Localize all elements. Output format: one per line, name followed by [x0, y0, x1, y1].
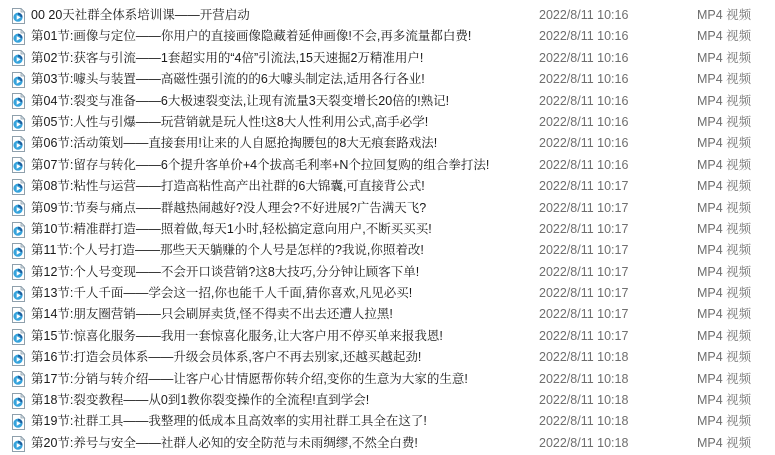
video-file-icon	[10, 350, 26, 366]
file-type: MP4 视频	[697, 411, 775, 432]
file-name[interactable]: 第05节:人性与引爆——玩营销就是玩人性!这8大人性利用公式,高手必学!	[31, 112, 539, 133]
file-row[interactable]: 第18节:裂变教程——从0到1教你裂变操作的全流程!直到学会! 2022/8/1…	[0, 390, 775, 411]
file-row[interactable]: 第09节:节奏与痛点——群越热闹越好?没人理会?不好进展?广告满天飞? 2022…	[0, 198, 775, 219]
video-file-icon	[10, 200, 26, 216]
file-name[interactable]: 第09节:节奏与痛点——群越热闹越好?没人理会?不好进展?广告满天飞?	[31, 198, 539, 219]
file-row[interactable]: 第01节:画像与定位——你用户的直接画像隐藏着延伸画像!不会,再多流量都白费! …	[0, 26, 775, 47]
video-file-icon	[10, 72, 26, 88]
file-date-modified: 2022/8/11 10:16	[539, 133, 697, 154]
file-date-modified: 2022/8/11 10:18	[539, 411, 697, 432]
file-date-modified: 2022/8/11 10:18	[539, 369, 697, 390]
video-file-icon	[10, 222, 26, 238]
file-type: MP4 视频	[697, 219, 775, 240]
file-type: MP4 视频	[697, 326, 775, 347]
video-file-icon	[10, 157, 26, 173]
file-name[interactable]: 第16节:打造会员体系——升级会员体系,客户不再去别家,还越买越起劲!	[31, 347, 539, 368]
file-row[interactable]: 第02节:获客与引流——1套超实用的“4倍”引流法,15天速掘2万精准用户! 2…	[0, 48, 775, 69]
file-type: MP4 视频	[697, 176, 775, 197]
file-row[interactable]: 00 20天社群全体系培训课——开营启动 2022/8/11 10:16 MP4…	[0, 5, 775, 26]
video-file-icon	[10, 264, 26, 280]
video-file-icon	[10, 393, 26, 409]
file-name[interactable]: 第15节:惊喜化服务——我用一套惊喜化服务,让大客户用不停买单来报我恩!	[31, 326, 539, 347]
video-file-icon	[10, 329, 26, 345]
file-type: MP4 视频	[697, 69, 775, 90]
file-name[interactable]: 第12节:个人号变现——不会开口谈营销?这8大技巧,分分钟让顾客下单!	[31, 262, 539, 283]
file-date-modified: 2022/8/11 10:18	[539, 347, 697, 368]
file-type: MP4 视频	[697, 133, 775, 154]
video-file-icon	[10, 371, 26, 387]
file-row[interactable]: 第17节:分销与转介绍——让客户心甘情愿帮你转介绍,变你的生意为大家的生意! 2…	[0, 369, 775, 390]
file-name[interactable]: 第01节:画像与定位——你用户的直接画像隐藏着延伸画像!不会,再多流量都白费!	[31, 26, 539, 47]
file-type: MP4 视频	[697, 48, 775, 69]
file-type: MP4 视频	[697, 5, 775, 26]
file-date-modified: 2022/8/11 10:17	[539, 262, 697, 283]
file-list: 00 20天社群全体系培训课——开营启动 2022/8/11 10:16 MP4…	[0, 0, 775, 454]
file-name[interactable]: 第17节:分销与转介绍——让客户心甘情愿帮你转介绍,变你的生意为大家的生意!	[31, 369, 539, 390]
file-row[interactable]: 第07节:留存与转化——6个提升客单价+4个拔高毛利率+N个拉回复购的组合拳打法…	[0, 155, 775, 176]
file-date-modified: 2022/8/11 10:16	[539, 91, 697, 112]
file-type: MP4 视频	[697, 198, 775, 219]
file-row[interactable]: 第05节:人性与引爆——玩营销就是玩人性!这8大人性利用公式,高手必学! 202…	[0, 112, 775, 133]
file-type: MP4 视频	[697, 155, 775, 176]
file-name[interactable]: 00 20天社群全体系培训课——开营启动	[31, 5, 539, 26]
file-date-modified: 2022/8/11 10:18	[539, 390, 697, 411]
file-date-modified: 2022/8/11 10:17	[539, 198, 697, 219]
file-date-modified: 2022/8/11 10:16	[539, 69, 697, 90]
file-row[interactable]: 第08节:粘性与运营——打造高粘性高产出社群的6大锦囊,可直接背公式! 2022…	[0, 176, 775, 197]
file-type: MP4 视频	[697, 347, 775, 368]
file-type: MP4 视频	[697, 369, 775, 390]
video-file-icon	[10, 29, 26, 45]
file-row[interactable]: 第06节:活动策划——直接套用!让来的人自愿抢掏腰包的8大无痕套路戏法! 202…	[0, 133, 775, 154]
video-file-icon	[10, 307, 26, 323]
file-row[interactable]: 第15节:惊喜化服务——我用一套惊喜化服务,让大客户用不停买单来报我恩! 202…	[0, 326, 775, 347]
file-type: MP4 视频	[697, 304, 775, 325]
video-file-icon	[10, 286, 26, 302]
file-name[interactable]: 第20节:养号与安全——社群人必知的安全防范与未雨绸缪,不然全白费!	[31, 433, 539, 454]
file-type: MP4 视频	[697, 390, 775, 411]
file-row[interactable]: 第14节:朋友圈营销——只会刷屏卖货,怪不得卖不出去还遭人拉黑! 2022/8/…	[0, 304, 775, 325]
video-file-icon	[10, 136, 26, 152]
file-name[interactable]: 第19节:社群工具——我整理的低成本且高效率的实用社群工具全在这了!	[31, 411, 539, 432]
file-row[interactable]: 第04节:裂变与准备——6大极速裂变法,让现有流量3天裂变增长20倍的!熟记! …	[0, 91, 775, 112]
file-type: MP4 视频	[697, 283, 775, 304]
file-type: MP4 视频	[697, 26, 775, 47]
file-name[interactable]: 第10节:精准群打造——照着做,每天1小时,轻松搞定意向用户,不断买买买!	[31, 219, 539, 240]
file-row[interactable]: 第12节:个人号变现——不会开口谈营销?这8大技巧,分分钟让顾客下单! 2022…	[0, 262, 775, 283]
file-name[interactable]: 第14节:朋友圈营销——只会刷屏卖货,怪不得卖不出去还遭人拉黑!	[31, 304, 539, 325]
video-file-icon	[10, 414, 26, 430]
video-file-icon	[10, 50, 26, 66]
video-file-icon	[10, 8, 26, 24]
file-name[interactable]: 第03节:噱头与装置——高磁性强引流的的6大噱头制定法,适用各行各业!	[31, 69, 539, 90]
file-name[interactable]: 第06节:活动策划——直接套用!让来的人自愿抢掏腰包的8大无痕套路戏法!	[31, 133, 539, 154]
file-row[interactable]: 第03节:噱头与装置——高磁性强引流的的6大噱头制定法,适用各行各业! 2022…	[0, 69, 775, 90]
file-date-modified: 2022/8/11 10:17	[539, 326, 697, 347]
video-file-icon	[10, 436, 26, 452]
file-type: MP4 视频	[697, 433, 775, 454]
file-row[interactable]: 第19节:社群工具——我整理的低成本且高效率的实用社群工具全在这了! 2022/…	[0, 411, 775, 432]
file-name[interactable]: 第11节:个人号打造——那些天天躺赚的个人号是怎样的?我说,你照着改!	[31, 240, 539, 261]
file-row[interactable]: 第11节:个人号打造——那些天天躺赚的个人号是怎样的?我说,你照着改! 2022…	[0, 240, 775, 261]
file-name[interactable]: 第08节:粘性与运营——打造高粘性高产出社群的6大锦囊,可直接背公式!	[31, 176, 539, 197]
file-type: MP4 视频	[697, 112, 775, 133]
file-date-modified: 2022/8/11 10:16	[539, 155, 697, 176]
file-date-modified: 2022/8/11 10:16	[539, 5, 697, 26]
file-row[interactable]: 第10节:精准群打造——照着做,每天1小时,轻松搞定意向用户,不断买买买! 20…	[0, 219, 775, 240]
file-name[interactable]: 第18节:裂变教程——从0到1教你裂变操作的全流程!直到学会!	[31, 390, 539, 411]
file-date-modified: 2022/8/11 10:17	[539, 283, 697, 304]
file-type: MP4 视频	[697, 91, 775, 112]
file-date-modified: 2022/8/11 10:17	[539, 304, 697, 325]
file-date-modified: 2022/8/11 10:17	[539, 176, 697, 197]
file-name[interactable]: 第07节:留存与转化——6个提升客单价+4个拔高毛利率+N个拉回复购的组合拳打法…	[31, 155, 539, 176]
file-date-modified: 2022/8/11 10:17	[539, 240, 697, 261]
file-name[interactable]: 第02节:获客与引流——1套超实用的“4倍”引流法,15天速掘2万精准用户!	[31, 48, 539, 69]
file-date-modified: 2022/8/11 10:17	[539, 219, 697, 240]
file-row[interactable]: 第20节:养号与安全——社群人必知的安全防范与未雨绸缪,不然全白费! 2022/…	[0, 433, 775, 454]
file-row[interactable]: 第16节:打造会员体系——升级会员体系,客户不再去别家,还越买越起劲! 2022…	[0, 347, 775, 368]
file-type: MP4 视频	[697, 262, 775, 283]
file-date-modified: 2022/8/11 10:16	[539, 26, 697, 47]
file-name[interactable]: 第04节:裂变与准备——6大极速裂变法,让现有流量3天裂变增长20倍的!熟记!	[31, 91, 539, 112]
video-file-icon	[10, 93, 26, 109]
video-file-icon	[10, 115, 26, 131]
file-date-modified: 2022/8/11 10:16	[539, 112, 697, 133]
video-file-icon	[10, 243, 26, 259]
file-date-modified: 2022/8/11 10:18	[539, 433, 697, 454]
file-row[interactable]: 第13节:千人千面——学会这一招,你也能千人千面,猜你喜欢,凡见必买! 2022…	[0, 283, 775, 304]
video-file-icon	[10, 179, 26, 195]
file-type: MP4 视频	[697, 240, 775, 261]
file-name[interactable]: 第13节:千人千面——学会这一招,你也能千人千面,猜你喜欢,凡见必买!	[31, 283, 539, 304]
file-date-modified: 2022/8/11 10:16	[539, 48, 697, 69]
